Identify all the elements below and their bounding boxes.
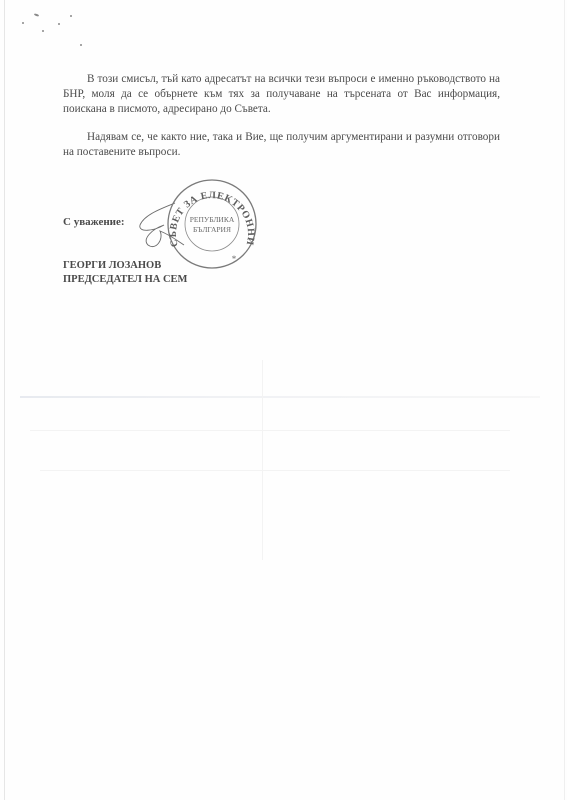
scan-speck [70,15,72,17]
scan-speck [42,30,44,32]
document-page: В този смисъл, тъй като адресатът на вси… [0,0,567,800]
signatory-block: ГЕОРГИ ЛОЗАНОВ ПРЕДСЕДАТЕЛ НА СЕМ [63,259,187,287]
stamp-outer-text: СЪВЕТ ЗА ЕЛЕКТРОННИ МЕДИИ [148,178,256,248]
stamp-star: * [232,254,237,264]
scan-edge-left [4,0,5,800]
scan-artifact-line [20,396,540,398]
closing-salutation: С уважение: [63,216,125,228]
scan-artifact [30,430,510,431]
signatory-name: ГЕОРГИ ЛОЗАНОВ [63,259,187,273]
scan-artifact [262,360,263,560]
scan-artifact [40,470,510,471]
signatory-title: ПРЕДСЕДАТЕЛ НА СЕМ [63,273,187,287]
paragraph-2-text: Надявам се, че както ние, така и Вие, ще… [63,131,500,158]
scan-speck [22,22,24,24]
stamp-inner-line-2: БЪЛГАРИЯ [193,225,231,234]
scan-speck [58,23,60,25]
stamp-inner-line-1: РЕПУБЛИКА [190,215,235,224]
paragraph-1: В този смисъл, тъй като адресатът на вси… [63,72,500,117]
scan-edge-right [564,0,565,800]
scan-speck [80,44,82,46]
paragraph-1-text: В този смисъл, тъй като адресатът на вси… [63,73,500,115]
svg-text:СЪВЕТ ЗА ЕЛЕКТРОННИ МЕДИИ: СЪВЕТ ЗА ЕЛЕКТРОННИ МЕДИИ [148,178,256,248]
paragraph-2: Надявам се, че както ние, така и Вие, ще… [63,130,500,160]
scan-speck [34,13,39,17]
